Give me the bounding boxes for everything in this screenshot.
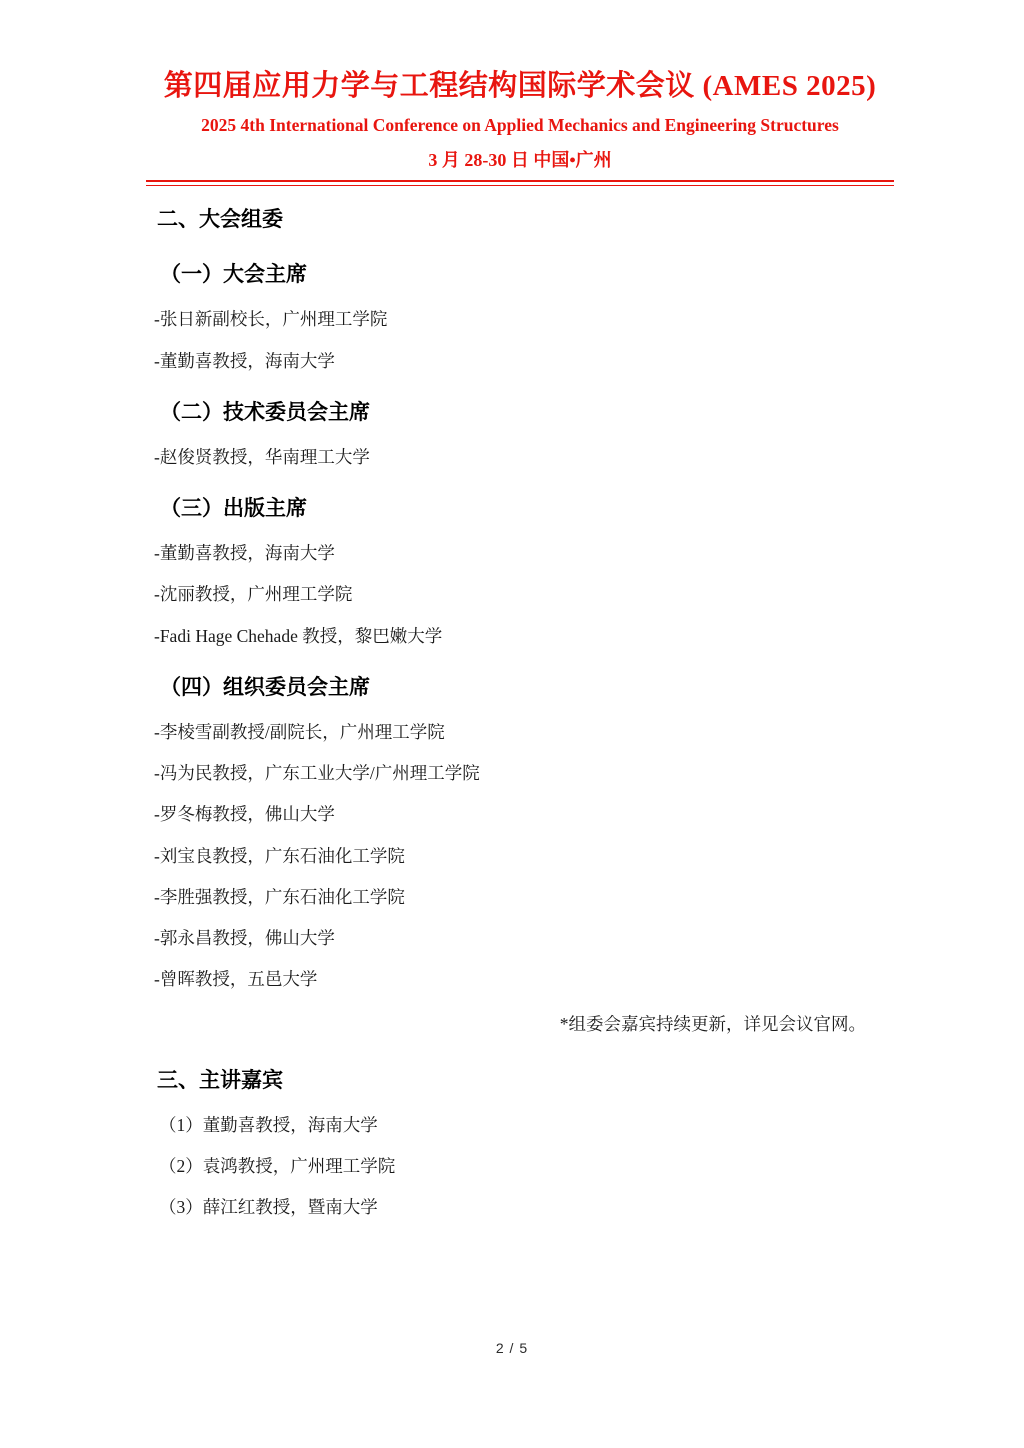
subsection-heading-technical-committee-chair: （二）技术委员会主席	[146, 396, 894, 426]
committee-member: -李棱雪副教授/副院长，广州理工学院	[146, 723, 894, 742]
keynote-speaker: （2）袁鸿教授，广州理工学院	[146, 1157, 894, 1176]
keynote-speaker: （3）薛江红教授，暨南大学	[146, 1198, 894, 1217]
keynote-speaker: （1）董勤喜教授，海南大学	[146, 1116, 894, 1135]
committee-member: -Fadi Hage Chehade 教授，黎巴嫩大学	[146, 627, 894, 646]
conference-title: 第四届应用力学与工程结构国际学术会议 (AMES 2025)	[146, 70, 894, 103]
committee-update-note: *组委会嘉宾持续更新，详见会议官网。	[146, 1011, 894, 1036]
committee-member: -曾晖教授，五邑大学	[146, 970, 894, 989]
subsection-heading-publication-chairs: （三）出版主席	[146, 492, 894, 522]
page-footer: 2 / 5	[0, 1340, 1024, 1358]
committee-member: -罗冬梅教授，佛山大学	[146, 805, 894, 824]
committee-member: -刘宝良教授，广东石油化工学院	[146, 847, 894, 866]
committee-member: -张日新副校长，广州理工学院	[146, 310, 894, 329]
committee-member: -郭永昌教授，佛山大学	[146, 929, 894, 948]
page-content: 第四届应用力学与工程结构国际学术会议 (AMES 2025) 2025 4th …	[146, 0, 894, 1217]
committee-member: -李胜强教授，广东石油化工学院	[146, 888, 894, 907]
header-double-rule	[146, 180, 894, 186]
committee-member: -董勤喜教授，海南大学	[146, 352, 894, 371]
committee-member: -冯为民教授，广东工业大学/广州理工学院	[146, 764, 894, 783]
committee-member: -沈丽教授，广州理工学院	[146, 585, 894, 604]
subsection-heading-organizing-committee-chairs: （四）组织委员会主席	[146, 671, 894, 701]
conference-date-location: 3 月 28-30 日 中国•广州	[146, 146, 894, 172]
conference-subtitle-en: 2025 4th International Conference on App…	[146, 115, 894, 136]
section-heading-organizing-committee: 二、大会组委	[146, 203, 894, 233]
document-page: 第四届应用力学与工程结构国际学术会议 (AMES 2025) 2025 4th …	[0, 0, 1024, 1448]
committee-member: -赵俊贤教授，华南理工大学	[146, 448, 894, 467]
committee-member: -董勤喜教授，海南大学	[146, 544, 894, 563]
page-number: 2 / 5	[496, 1340, 528, 1356]
conference-header: 第四届应用力学与工程结构国际学术会议 (AMES 2025) 2025 4th …	[146, 70, 894, 186]
subsection-heading-conference-chairs: （一）大会主席	[146, 258, 894, 288]
document-body: 二、大会组委 （一）大会主席 -张日新副校长，广州理工学院 -董勤喜教授，海南大…	[146, 203, 894, 1217]
section-heading-keynote-speakers: 三、主讲嘉宾	[146, 1064, 894, 1094]
